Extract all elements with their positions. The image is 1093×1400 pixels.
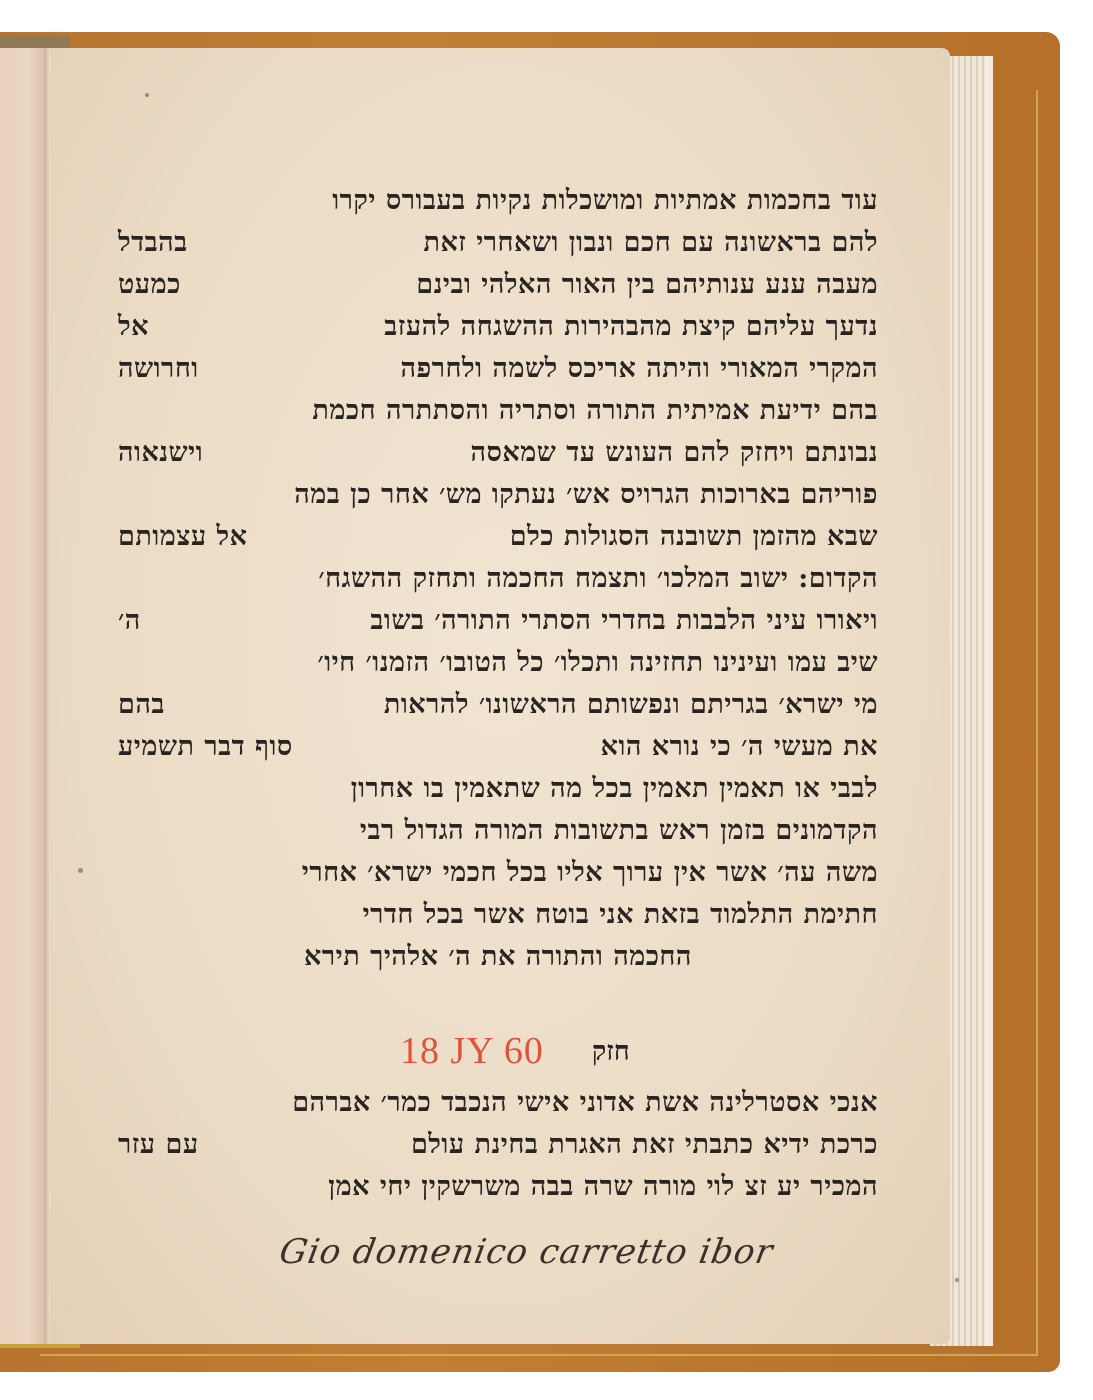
stamp-row: 18 JY 60 חזק [400,1026,720,1076]
text-segment: כמעט [118,264,181,306]
text-line: ויאורו עיני הלבבות בחדרי הסתרי התורה׳ בש… [118,600,878,642]
text-segment: נדעך עליהם קיצת מהבהירות ההשגחה להעזב [384,306,878,348]
date-stamp: 18 JY 60 [400,1029,544,1073]
text-line: מי ישרא׳ בגריתם ונפשותם הראשונו׳ להראותב… [118,684,878,726]
fore-edge-highlight [985,56,993,1346]
text-segment: המקרי המאורי והיתה אריכס לשמה ולחרפה [401,348,878,390]
text-line: פוריהם בארוכות הגרויס אש׳ נעתקו מש׳ אחר … [118,474,878,516]
paper-speck [145,93,149,97]
text-segment: אנכי אסטרלינה אשת אדוני אישי הנכבד כמר׳ … [292,1082,878,1124]
handwritten-signature: Gio domenico carretto ibor [276,1232,776,1272]
text-line: מעבה ענע ענותיהם בין האור האלהי ובינםכמע… [118,264,878,306]
text-segment: לבבי או תאמין תאמין בכל מה שתאמין בו אחר… [351,768,878,810]
text-line: להם בראשונה עם חכם ונבון ושאחרי זאתבהבדל [118,222,878,264]
text-line: המקרי המאורי והיתה אריכס לשמה ולחרפהוחרו… [118,348,878,390]
text-line: נבונתם ויחזק להם העונש עד שמאסהוישנאוה [118,432,878,474]
text-segment: פוריהם בארוכות הגרויס אש׳ נעתקו מש׳ אחר … [294,474,878,516]
text-segment: להם בראשונה עם חכם ונבון ושאחרי זאת [423,222,878,264]
text-segment: וחרושה [118,348,199,390]
text-line: חתימת התלמוד בזאת אני בוטח אשר בכל חדרי [118,894,878,936]
colophon-text-block: אנכי אסטרלינה אשת אדוני אישי הנכבד כמר׳ … [118,1082,878,1208]
text-segment: ויאורו עיני הלבבות בחדרי הסתרי התורה׳ בש… [370,600,878,642]
text-line: נדעך עליהם קיצת מהבהירות ההשגחה להעזבאל [118,306,878,348]
text-line: הקדמונים בזמן ראש בתשובות המורה הגדול רב… [118,810,878,852]
text-segment: הקדום: ישוב המלכו׳ ותצמח החכמה ותחזק ההש… [318,558,878,600]
gilt-line-right [1036,90,1038,1354]
text-segment: ה׳ [118,600,141,642]
text-segment: סוף דבר תשמיע [118,726,293,768]
text-line: אנכי אסטרלינה אשת אדוני אישי הנכבד כמר׳ … [118,1082,878,1124]
text-segment: את מעשי ה׳ כי נורא הוא [601,726,878,768]
text-segment: נבונתם ויחזק להם העונש עד שמאסה [471,432,878,474]
text-segment: הקדמונים בזמן ראש בתשובות המורה הגדול רב… [360,810,878,852]
text-line: החכמה והתורה את ה׳ אלהיך תירא [118,936,878,978]
text-segment: עוד בחכמות אמתיות ומושכלות נקיות בעבורס … [332,180,878,222]
text-line: הקדום: ישוב המלכו׳ ותצמח החכמה ותחזק ההש… [118,558,878,600]
text-segment: בהם [118,684,165,726]
text-line: שיב עמו ועינינו תחזינה ותכלו׳ כל הטובו׳ … [118,642,878,684]
gilt-line-bottom [40,1354,1038,1356]
text-segment: בהם ידיעת אמיתית התורה וסתריה והסתתרה חכ… [312,390,878,432]
text-segment: שיב עמו ועינינו תחזינה ותכלו׳ כל הטובו׳ … [317,642,878,684]
text-segment: מי ישרא׳ בגריתם ונפשותם הראשונו׳ להראות [384,684,878,726]
text-line: המכיר יע זצ לוי מורה שרה בבה משרשקין יחי… [118,1166,878,1208]
left-page [0,48,46,1344]
text-segment: המכיר יע זצ לוי מורה שרה בבה משרשקין יחי… [328,1166,878,1208]
text-line: משה עה׳ אשר אין ערוך אליו בכל חכמי ישרא׳… [118,852,878,894]
gutter-shadow [44,48,50,1344]
text-segment: עם עזר [118,1124,199,1166]
text-line: לבבי או תאמין תאמין בכל מה שתאמין בו אחר… [118,768,878,810]
text-segment: אל [118,306,149,348]
text-segment: משה עה׳ אשר אין ערוך אליו בכל חכמי ישרא׳… [302,852,878,894]
text-line: בהם ידיעת אמיתית התורה וסתריה והסתתרה חכ… [118,390,878,432]
paper-speck [78,868,83,873]
text-segment: חתימת התלמוד בזאת אני בוטח אשר בכל חדרי [363,894,878,936]
text-line: עוד בחכמות אמתיות ומושכלות נקיות בעבורס … [118,180,878,222]
text-segment: החכמה והתורה את ה׳ אלהיך תירא [304,936,692,978]
text-segment: אל עצמותם [118,516,248,558]
text-segment: וישנאוה [118,432,203,474]
text-segment: בהבדל [118,222,188,264]
text-line: כרכת ידיא כתבתי זאת האגרת בחינת עולםעם ע… [118,1124,878,1166]
main-text-block: עוד בחכמות אמתיות ומושכלות נקיות בעבורס … [118,180,878,978]
closing-word: חזק [592,1036,630,1067]
text-segment: מעבה ענע ענותיהם בין האור האלהי ובינם [416,264,878,306]
text-segment: כרכת ידיא כתבתי זאת האגרת בחינת עולם [411,1124,878,1166]
paper-speck [955,1278,959,1282]
text-segment: שבא מהזמן תשובנה הסגולות כלם [510,516,878,558]
text-line: שבא מהזמן תשובנה הסגולות כלםאל עצמותם [118,516,878,558]
text-line: את מעשי ה׳ כי נורא הואסוף דבר תשמיע [118,726,878,768]
